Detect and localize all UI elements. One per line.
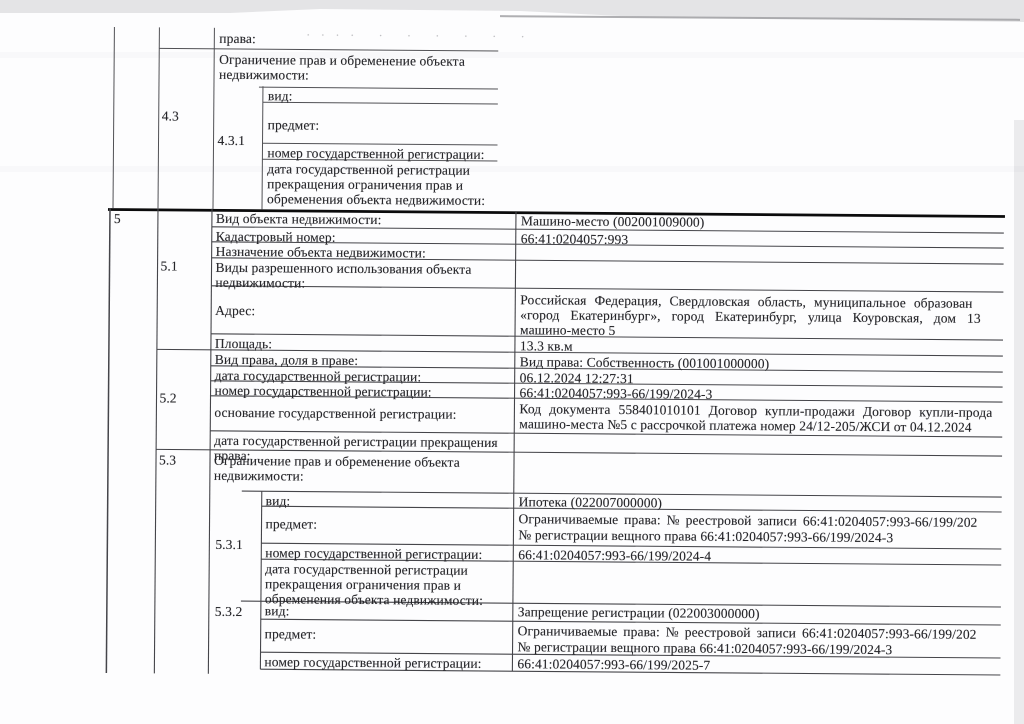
field-label-subject: предмет: <box>265 516 317 531</box>
field-label-right-kind: Вид права, доля в праве: <box>215 352 358 368</box>
section-number: 5 <box>114 211 121 226</box>
field-label-object-kind: Вид объекта недвижимости: <box>216 211 382 227</box>
field-value-cadastral-number: 66:41:0204057:993 <box>521 231 629 247</box>
subsection-number: 5.3.1 <box>215 537 243 552</box>
scanned-document-page: { "colors":{"grid_line":"#45454a","heavy… <box>0 0 1024 724</box>
subsection-number: 5.1 <box>160 258 177 273</box>
table-gridlines <box>0 0 1024 724</box>
field-label-kind: вид: <box>266 493 291 508</box>
field-value-area: 13.3 кв.м <box>520 338 573 353</box>
field-value-kind: Запрещение регистрации (022003000000) <box>518 604 760 621</box>
field-value-right-kind: Вид права: Собственность (001001000000) <box>520 354 770 371</box>
field-label-termination-date: дата государственной регистрации прекращ… <box>267 161 502 208</box>
field-label-rights-termination: права: <box>219 31 256 46</box>
subsection-number: 5.3.2 <box>215 604 243 619</box>
field-label-termination-date: дата государственной регистрации прекращ… <box>265 561 505 608</box>
field-value-reg-number: 66:41:0204057:993-66/199/2024-4 <box>518 547 711 564</box>
field-value-kind: Ипотека (022007000000) <box>519 494 662 510</box>
field-label-reg-number: номер государственной регистрации: <box>265 545 482 562</box>
field-value-object-kind: Машино-место (002001009000) <box>521 213 705 229</box>
field-label-address: Адрес: <box>215 303 255 318</box>
field-label-permitted-use: Виды разрешенного использования объекта … <box>215 260 507 292</box>
field-label-area: Площадь: <box>215 336 272 351</box>
field-label-reg-number: номер государственной регистрации: <box>215 383 432 400</box>
subsection-number: 4.3.1 <box>217 133 245 148</box>
field-value-reg-date: 06.12.2024 12:27:31 <box>520 370 634 386</box>
field-label-reg-basis: основание государственной регистрации: <box>214 405 456 422</box>
subsection-number: 5.3 <box>159 452 176 467</box>
field-label-reg-number: номер государственной регистрации: <box>264 654 481 671</box>
field-label-subject: предмет: <box>268 117 320 132</box>
field-label-limitation: Ограничение прав и обременение объекта н… <box>219 52 491 84</box>
field-value-subject-line: № регистрации вещного права 66:41:020405… <box>518 639 893 657</box>
section-number: 4.3 <box>162 108 179 123</box>
field-label-kind: вид: <box>268 88 293 103</box>
field-value-subject-line: № регистрации вещного права 66:41:020405… <box>518 527 893 545</box>
field-label-kind: вид: <box>265 603 290 618</box>
field-value-reg-number: 66:41:0204057:993-66/199/2025-7 <box>517 656 710 673</box>
field-label-reg-number: номер государственной регистрации: <box>267 145 484 162</box>
field-label-cadastral-number: Кадастровый номер: <box>216 229 336 245</box>
field-label-reg-date: дата государственной регистрации: <box>215 368 422 385</box>
field-label-subject: предмет: <box>265 626 317 641</box>
field-label-limitation: Ограничение прав и обременение объекта н… <box>214 453 486 485</box>
field-value-address-line: машино-место 5 <box>520 322 616 338</box>
field-label-purpose: Назначение объекта недвижимости: <box>216 244 426 261</box>
faded-scan-marks: ···· · · · · · · <box>306 29 535 46</box>
document-table: права: ···· · · · · · · Ограничение прав… <box>0 0 1024 724</box>
field-value-reg-number: 66:41:0204057:993-66/199/2024-3 <box>520 385 713 402</box>
subsection-number: 5.2 <box>159 390 176 405</box>
